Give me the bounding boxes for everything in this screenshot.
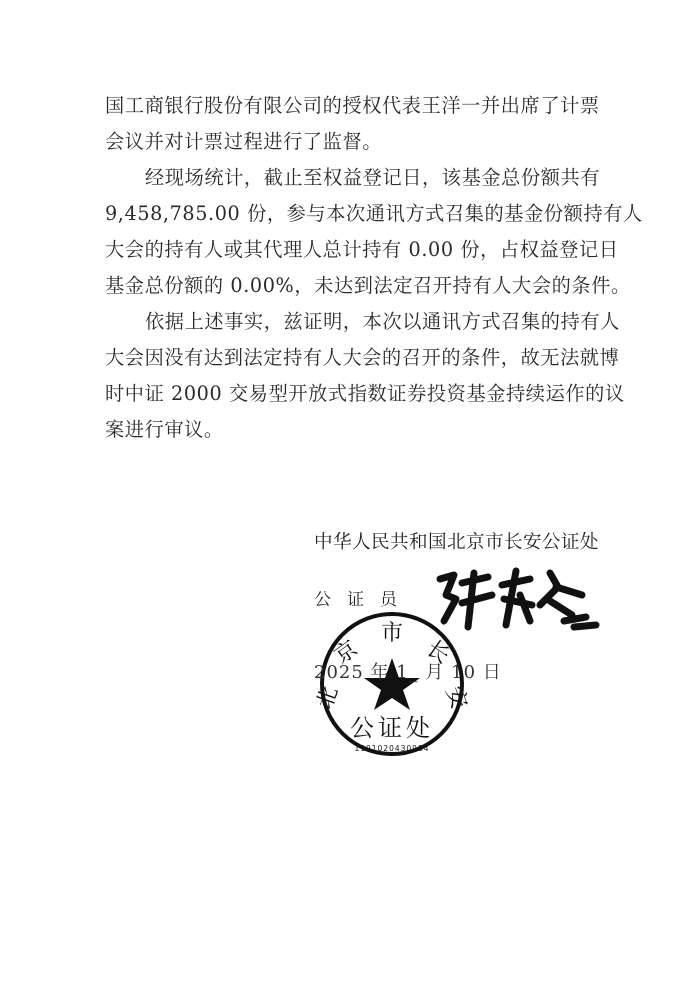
text-line: 国工商银行股份有限公司的授权代表王洋一并出席了计票 bbox=[105, 88, 600, 124]
text-line: 大会因没有达到法定持有人大会的召开的条件，故无法就博 bbox=[105, 340, 600, 376]
notary-label: 公证员 bbox=[314, 585, 413, 610]
svg-text:1101020430984: 1101020430984 bbox=[354, 744, 429, 753]
svg-text:市: 市 bbox=[381, 621, 403, 646]
body-text: 国工商银行股份有限公司的授权代表王洋一并出席了计票 会议并对计票过程进行了监督。… bbox=[105, 88, 600, 448]
svg-text:公证处: 公证处 bbox=[350, 714, 434, 742]
text-line: 基金总份额的 0.00%，未达到法定召开持有人大会的条件。 bbox=[105, 268, 600, 304]
svg-text:北: 北 bbox=[312, 683, 343, 712]
text-line: 大会的持有人或其代理人总计持有 0.00 份，占权益登记日 bbox=[105, 232, 600, 268]
document-page: 国工商银行股份有限公司的授权代表王洋一并出席了计票 会议并对计票过程进行了监督。… bbox=[0, 0, 700, 988]
svg-text:安: 安 bbox=[441, 683, 472, 712]
notary-office-name: 中华人民共和国北京市长安公证处 bbox=[314, 528, 599, 554]
text-line: 经现场统计，截止至权益登记日，该基金总份额共有 bbox=[105, 160, 600, 196]
text-line: 案进行审议。 bbox=[105, 412, 600, 448]
text-line: 依据上述事实，兹证明，本次以通讯方式召集的持有人 bbox=[105, 304, 600, 340]
text-line: 会议并对计票过程进行了监督。 bbox=[105, 124, 600, 160]
notarization-date: 2025 年 1_ 月 10 日 bbox=[314, 658, 502, 684]
text-line: 时中证 2000 交易型开放式指数证券投资基金持续运作的议 bbox=[105, 376, 600, 412]
text-line: 9,458,785.00 份，参与本次通讯方式召集的基金份额持有人 bbox=[105, 196, 600, 232]
